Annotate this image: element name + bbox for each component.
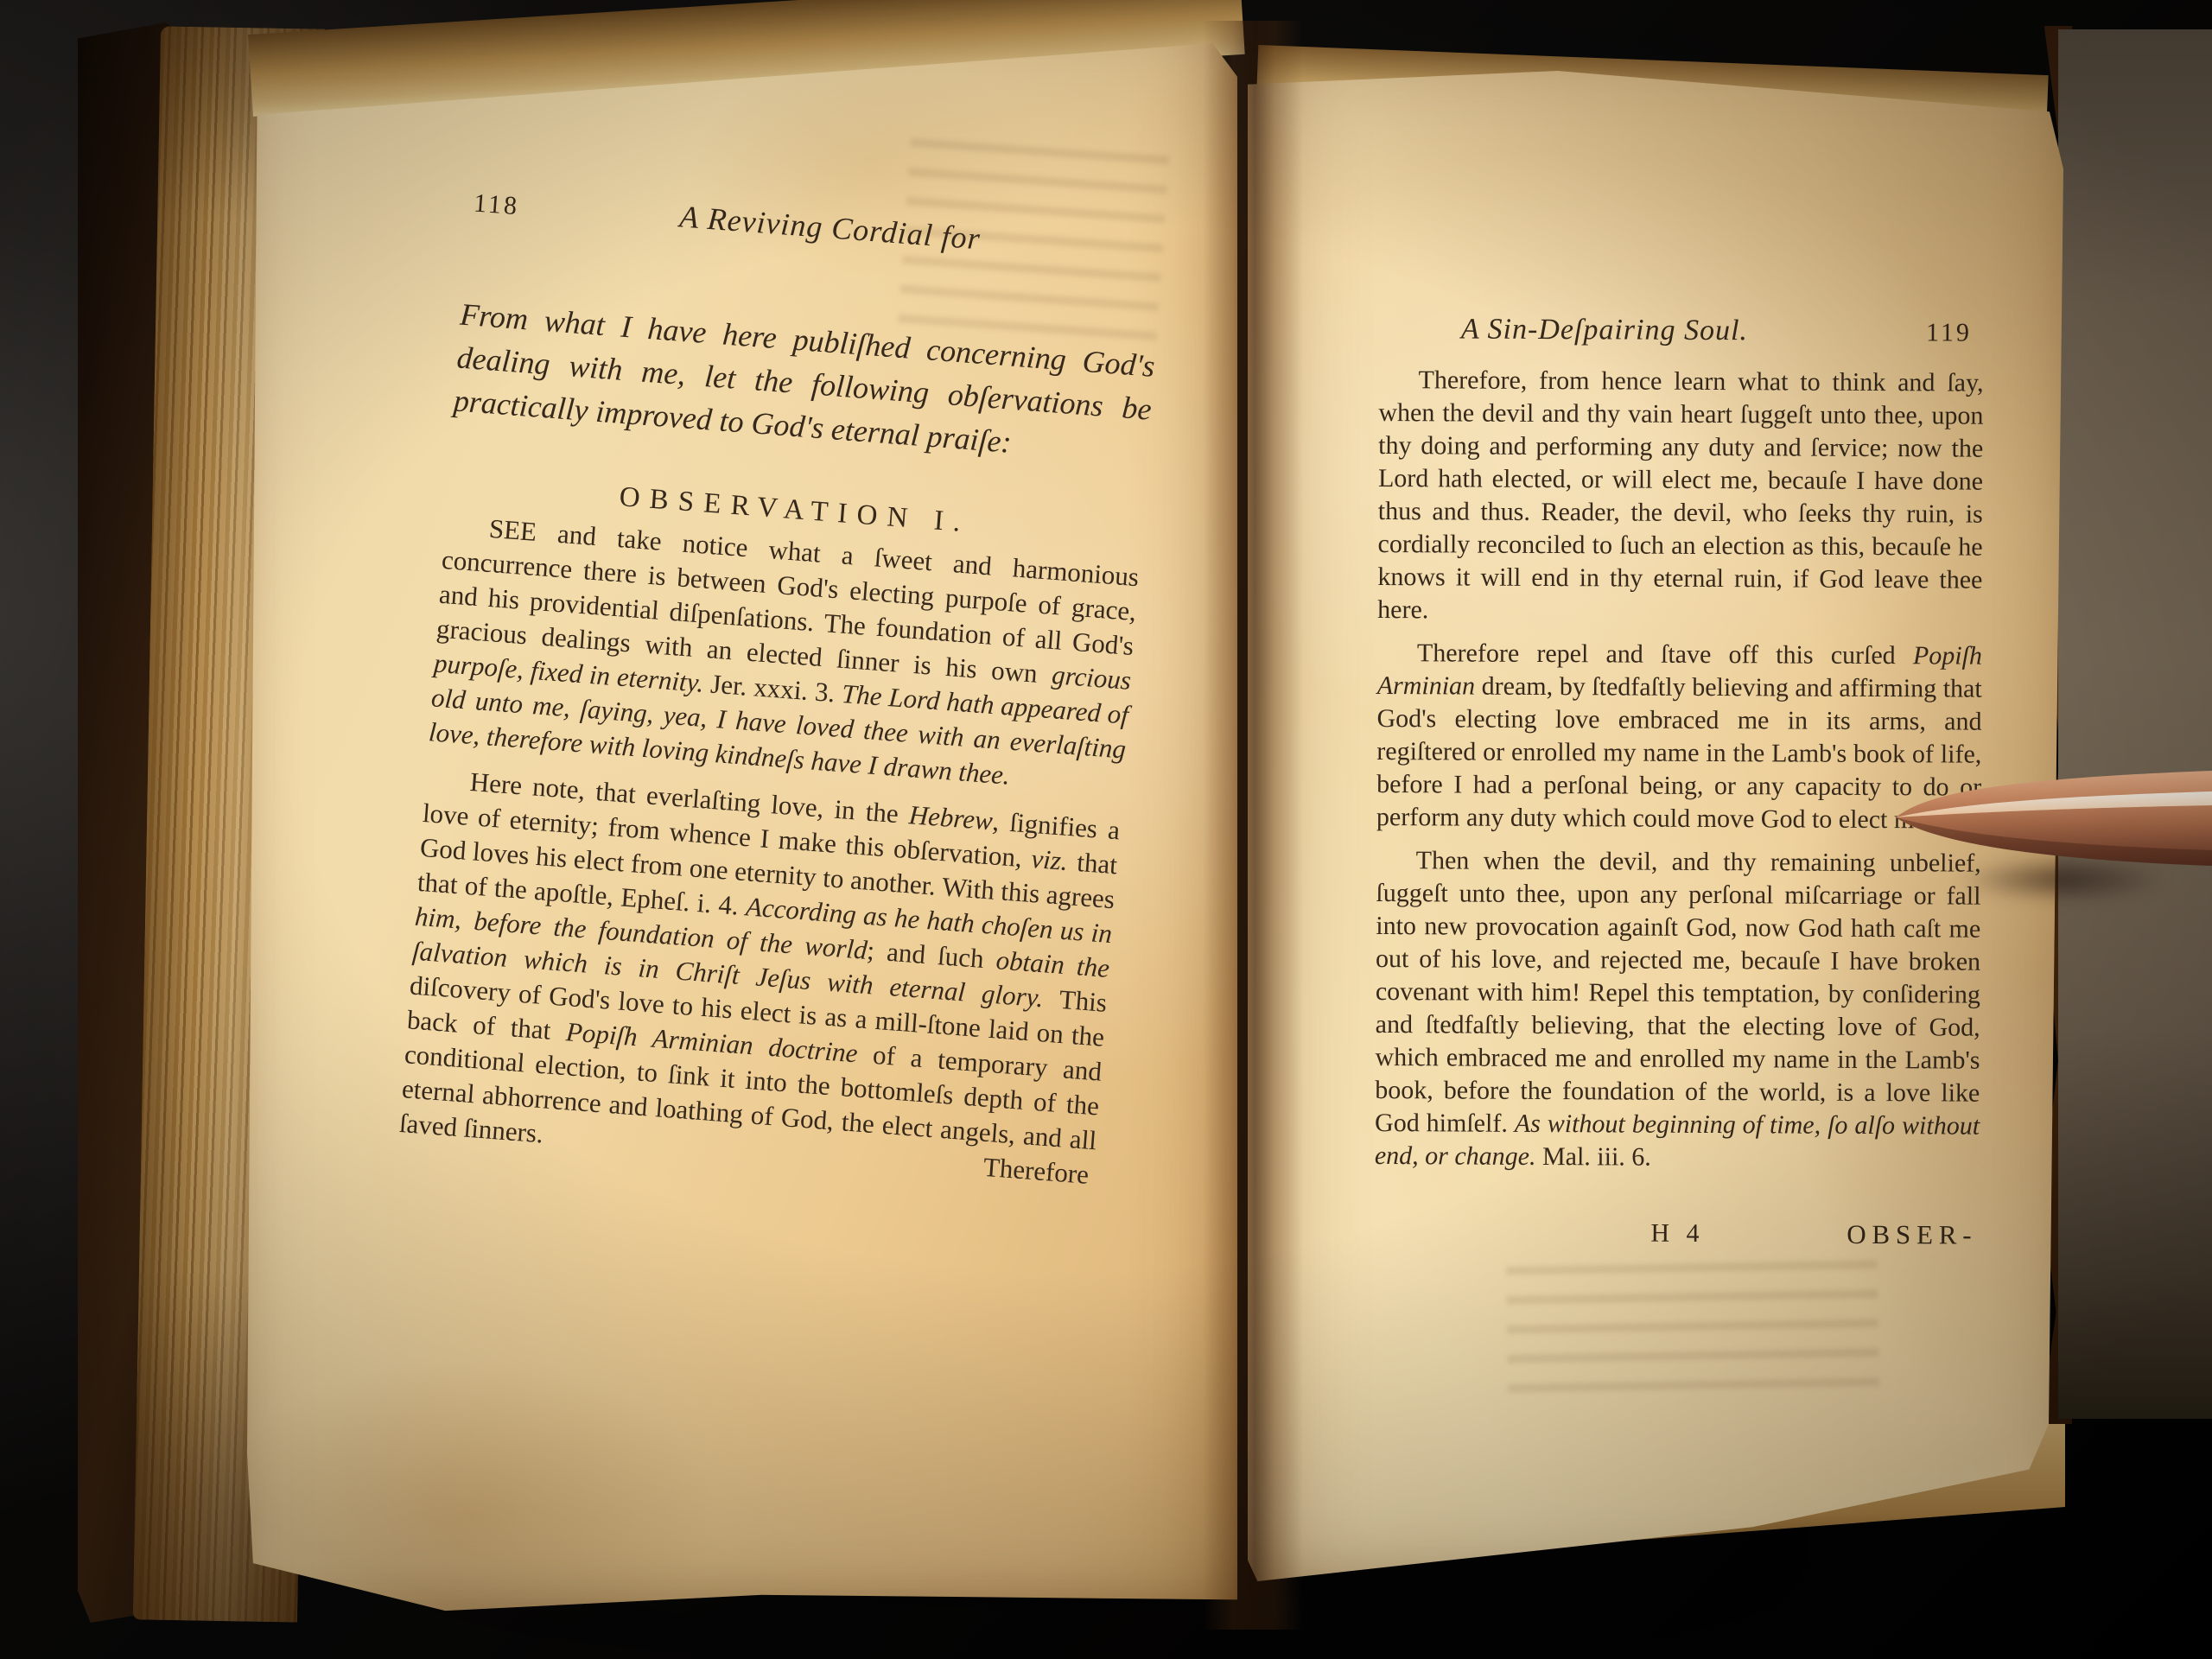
page-number: 118: [473, 186, 521, 224]
catchword: OBSER-: [1847, 1218, 1977, 1252]
signature-row: H 4 OBSER-: [1374, 1216, 1979, 1257]
paragraph: Therefore, from hence learn what to thin…: [1377, 364, 1984, 630]
gutter-shadow: [1203, 21, 1303, 1630]
page-number: 119: [1926, 316, 1972, 349]
paragraph: Then when the devil, and thy remaining u…: [1375, 844, 1981, 1176]
photo-stage: 118 A Reviving Cordial for From what I h…: [0, 0, 2212, 1659]
right-header-row: A Sin-Deſpairing Soul. 119: [1379, 313, 1984, 350]
left-page-text-column: 118 A Reviving Cordial for From what I h…: [398, 183, 1165, 1192]
pen-icon: [1891, 760, 2212, 881]
intro-paragraph: From what I have here publiſhed concerni…: [452, 293, 1156, 474]
signature-mark: H 4: [1650, 1217, 1704, 1250]
right-inside-board: [2058, 29, 2212, 1419]
header-spacer: [1748, 340, 1926, 340]
pen: [1891, 760, 2212, 881]
running-header: A Sin-Deſpairing Soul.: [1461, 313, 1748, 347]
bleed-through-texture: [1506, 1260, 1880, 1404]
left-page: 118 A Reviving Cordial for From what I h…: [247, 26, 1237, 1612]
paragraph: Here note, that everlaſting love, in the…: [398, 761, 1122, 1192]
paragraph: SEE and take notice what a ſweet and har…: [428, 508, 1141, 802]
